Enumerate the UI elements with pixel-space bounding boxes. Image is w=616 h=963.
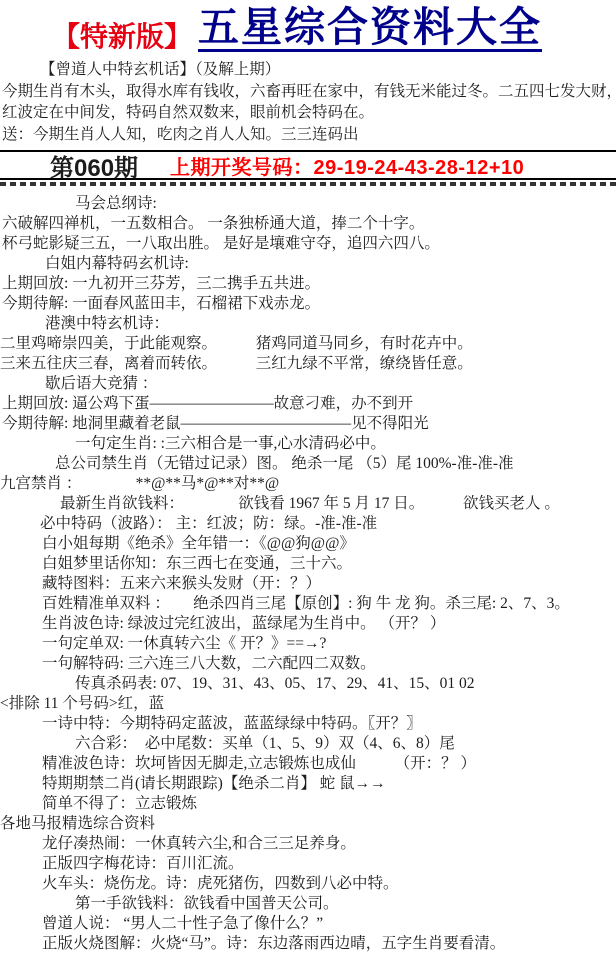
body-line: 精准波色诗：坎坷皆因无脚走,立志锻炼也成仙 （开：？ ） [0, 754, 616, 774]
double-dashed-separator [0, 182, 616, 186]
body-line: <排除 11 个号码>红，蓝 [0, 694, 616, 714]
body-line: 一句定单双: 一休真转六尘《 开？》==→? [0, 634, 616, 654]
body-line: 白姐梦里话你知：东三西七在变通，三十六。 [0, 554, 616, 574]
body-line: 正版四字梅花诗：百川汇流。 [0, 854, 616, 874]
body-line: 二里鸡啼崇四美，于此能观察。 猪鸡同道马同乡，有时花卉中。 [0, 334, 616, 354]
body-line: 特期期禁二肖(请长期跟踪)【绝杀二肖】 蛇 鼠→→ [0, 774, 616, 794]
edition-badge: 【特新版】 [52, 24, 192, 52]
body-line: 上期回放: 一九初开三芬芳，三二携手五共进。 [0, 274, 616, 294]
body-line: 今期待解: 一面春风蓝田丰，石榴裙下戏赤龙。 [0, 294, 616, 314]
lottery-info-sheet: 【特新版】 五星综合资料大全 【曾道人中特玄机话】（及解上期）今期生肖有木头，取… [0, 0, 616, 963]
body-line: 上期回放: 逼公鸡下蛋————————故意刁难，办不到开 [0, 394, 616, 414]
intro-line: 【曾道人中特玄机话】（及解上期） [0, 59, 616, 81]
body-line: 杯弓蛇影疑三五，一八取出胜。 是好是壤难守夺，追四六四八。 [0, 234, 616, 254]
body-line: 白姐内幕特码玄机诗: [0, 254, 616, 274]
intro-line: 送：今期生肖人人知，吃肉之肖人人知。三三连码出 [0, 124, 616, 146]
body-line: 生肖波色诗: 绿波过完红波出，蓝绿尾为生肖中。 （开？ ） [0, 614, 616, 634]
body-line: 九宫禁肖 ： **@**马*@**对**@ [0, 474, 616, 494]
body-line: 歇后语大竞猜 ： [0, 374, 616, 394]
body-section: 马会总纲诗:六破解四禅机，一五数相合。 一条独桥通大道，捧二个十字。杯弓蛇影疑三… [0, 194, 616, 954]
body-line: 总公司禁生肖（无错过记录）图。 绝杀一尾 （5）尾 100%-准-准-准 [0, 454, 616, 474]
body-line: 最新生肖欲钱料： 欲钱看 1967 年 5 月 17 日。 欲钱买老人 。 [0, 494, 616, 514]
body-line: 一诗中特：今期特码定蓝波，蓝蓝绿绿中特码。〖开？〗 [0, 714, 616, 734]
issue-bar: 第060期 上期开奖号码：29-19-24-43-28-12+10 [0, 150, 616, 180]
body-line: 白小姐每期《绝杀》全年错一：《@@狗@@》 [0, 534, 616, 554]
body-line: 马会总纲诗: [0, 194, 616, 214]
body-line: 第一手欲钱料：欲钱看中国普天公司。 [0, 894, 616, 914]
page-header: 【特新版】 五星综合资料大全 [0, 0, 616, 52]
body-line: 百姓精准单双料 ： 绝杀四肖三尾【原创】: 狗 牛 龙 狗。杀三尾: 2、7、3… [0, 594, 616, 614]
page-title: 五星综合资料大全 [198, 7, 542, 52]
body-line: 一句定生肖: :三六相合是一事,心水清码必中。 [0, 434, 616, 454]
body-line: 各地马报精选综合资料 [0, 814, 616, 834]
intro-section: 【曾道人中特玄机话】（及解上期）今期生肖有木头，取得水库有钱收，六畜再旺在家中，… [0, 59, 616, 145]
body-line: 港澳中特玄机诗： [0, 314, 616, 334]
intro-line: 红波定在中间发，特码自然双数来，眼前机会特码在。 [0, 102, 616, 124]
body-line: 六破解四禅机，一五数相合。 一条独桥通大道，捧二个十字。 [0, 214, 616, 234]
body-line: 一句解特码: 三六连三八大数，二六配四二双数。 [0, 654, 616, 674]
body-line: 龙仔凑热闹：一休真转六尘,和合三三足养身。 [0, 834, 616, 854]
body-line: 传真杀码表: 07、19、31、43、05、17、29、41、15、01 02 [0, 674, 616, 694]
body-line: 藏特图料：五来六来猴头发财（开：？） [0, 574, 616, 594]
body-line: 必中特码（波路）： 主：红波；防：绿。-准-准-准 [0, 514, 616, 534]
intro-line: 今期生肖有木头，取得水库有钱收，六畜再旺在家中，有钱无米能过冬。二五四七发大财， [0, 81, 616, 103]
body-line: 三来五往庆三春，离着而转依。 三红九绿不平常，缭绕皆任意。 [0, 354, 616, 374]
body-line: 正版火烧图解：火烧“马”。诗：东边落雨西边晴，五字生肖要看清。 [0, 934, 616, 954]
issue-number: 第060期 [50, 148, 138, 183]
previous-draw-numbers: 上期开奖号码：29-19-24-43-28-12+10 [170, 151, 524, 180]
body-line: 曾道人说： “男人二十性子急了像什么？” [0, 914, 616, 934]
body-line: 六合彩： 必中尾数：买单（1、5、9）双（4、6、8）尾 [0, 734, 616, 754]
body-line: 火车头：烧伤龙。诗：虎死猪伤，四数到八必中特。 [0, 874, 616, 894]
body-line: 简单不得了：立志锻炼 [0, 794, 616, 814]
body-line: 今期待解: 地洞里藏着老鼠———————————见不得阳光 [0, 414, 616, 434]
